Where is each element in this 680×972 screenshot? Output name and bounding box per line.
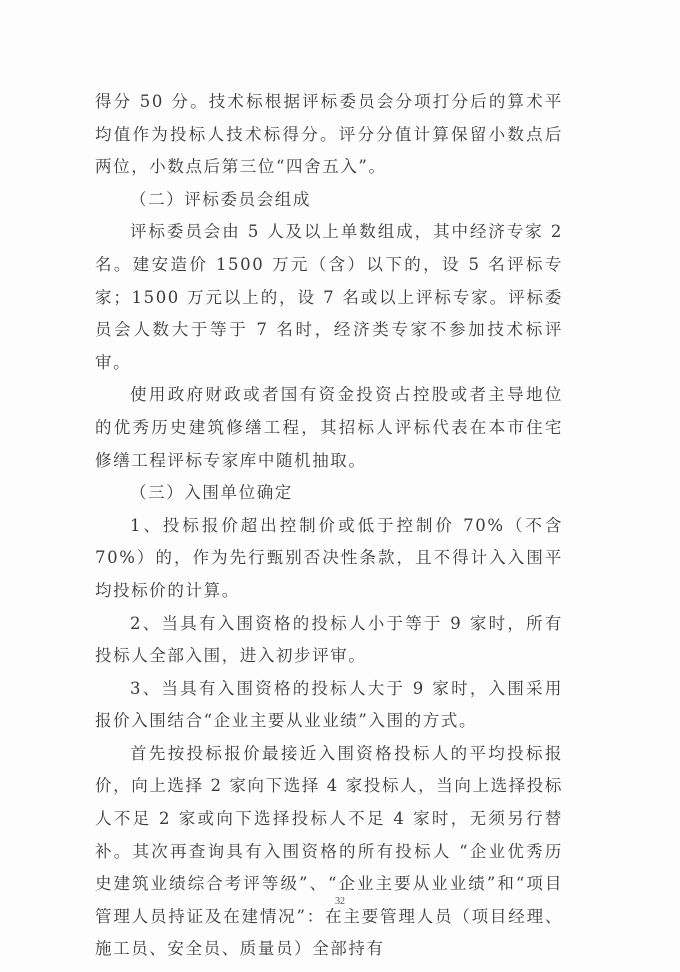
section-heading-committee: （二）评标委员会组成 (95, 184, 563, 217)
paragraph-rule-3: 3、当具有入围资格的投标人大于 9 家时，入围采用报价入围结合“企业主要从业业绩… (95, 673, 563, 738)
section-heading-shortlist: （三）入围单位确定 (95, 477, 563, 510)
document-page: 得分 50 分。技术标根据评标委员会分项打分后的算术平均值作为投标人技术标得分。… (0, 0, 680, 972)
paragraph-selection-procedure: 首先按投标报价最接近入围资格投标人的平均投标报价，向上选择 2 家向下选择 4 … (95, 738, 563, 966)
paragraph-committee-composition: 评标委员会由 5 人及以上单数组成，其中经济专家 2 名。建安造价 1500 万… (95, 216, 563, 379)
paragraph-expert-selection: 使用政府财政或者国有资金投资占控股或者主导地位的优秀历史建筑修缮工程，其招标人评… (95, 379, 563, 477)
document-body: 得分 50 分。技术标根据评标委员会分项打分后的算术平均值作为投标人技术标得分。… (95, 86, 563, 966)
paragraph-scoring-rules: 得分 50 分。技术标根据评标委员会分项打分后的算术平均值作为投标人技术标得分。… (95, 86, 563, 184)
paragraph-rule-2: 2、当具有入围资格的投标人小于等于 9 家时，所有投标人全部入围，进入初步评审。 (95, 608, 563, 673)
paragraph-rule-1: 1、投标报价超出控制价或低于控制价 70%（不含 70%）的，作为先行甄别否决性… (95, 510, 563, 608)
page-number: 32 (0, 896, 680, 907)
